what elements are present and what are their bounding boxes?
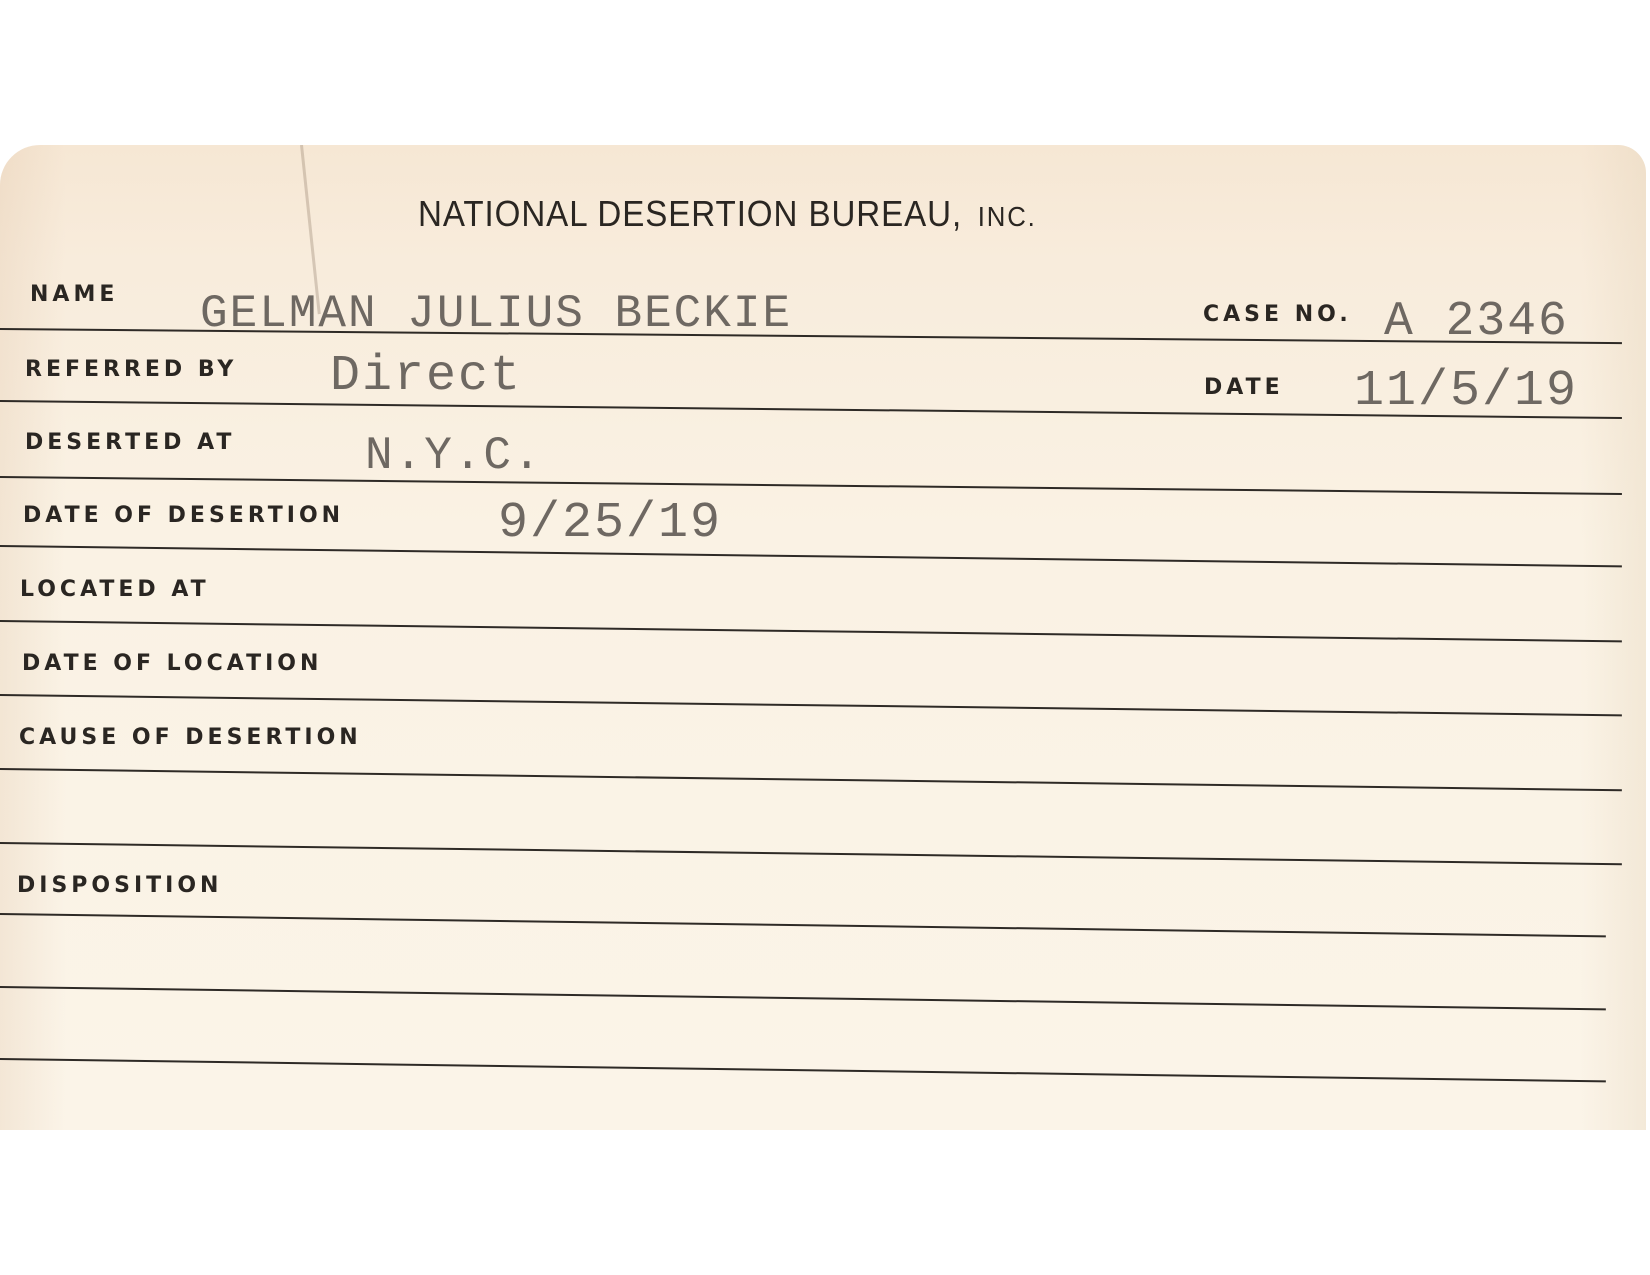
name-label: NAME	[30, 282, 118, 307]
card-title: NATIONAL DESERTION BUREAU, INC.	[418, 193, 1037, 235]
date-of-location-line	[0, 694, 1622, 716]
referred-by-value: Direct	[330, 348, 522, 405]
cause-of-desertion-line	[0, 768, 1622, 791]
deserted-at-line	[0, 476, 1622, 495]
disposition-line-3	[0, 1058, 1606, 1082]
bureau-name: NATIONAL DESERTION BUREAU,	[418, 193, 962, 234]
disposition-line-1	[0, 913, 1606, 937]
cause-of-desertion-label: CAUSE OF DESERTION	[19, 725, 362, 750]
date-of-desertion-line	[0, 545, 1622, 567]
deserted-at-label: DESERTED AT	[25, 430, 235, 455]
date-of-desertion-label: DATE OF DESERTION	[23, 503, 344, 528]
cause-of-desertion-line-2	[0, 842, 1622, 865]
date-value: 11/5/19	[1354, 363, 1578, 420]
located-at-line	[0, 620, 1622, 642]
bureau-suffix: INC.	[978, 201, 1037, 232]
deserted-at-value: N.Y.C.	[365, 430, 543, 482]
disposition-label: DISPOSITION	[17, 873, 222, 898]
index-card: NATIONAL DESERTION BUREAU, INC. NAME GEL…	[0, 145, 1646, 1130]
case-no-label: CASE NO.	[1203, 302, 1352, 327]
referred-by-label: REFERRED BY	[25, 357, 237, 382]
located-at-label: LOCATED AT	[20, 577, 210, 602]
date-label: DATE	[1204, 375, 1284, 400]
date-of-desertion-value: 9/25/19	[498, 495, 722, 552]
disposition-line-2	[0, 986, 1606, 1010]
date-of-location-label: DATE OF LOCATION	[22, 651, 322, 676]
